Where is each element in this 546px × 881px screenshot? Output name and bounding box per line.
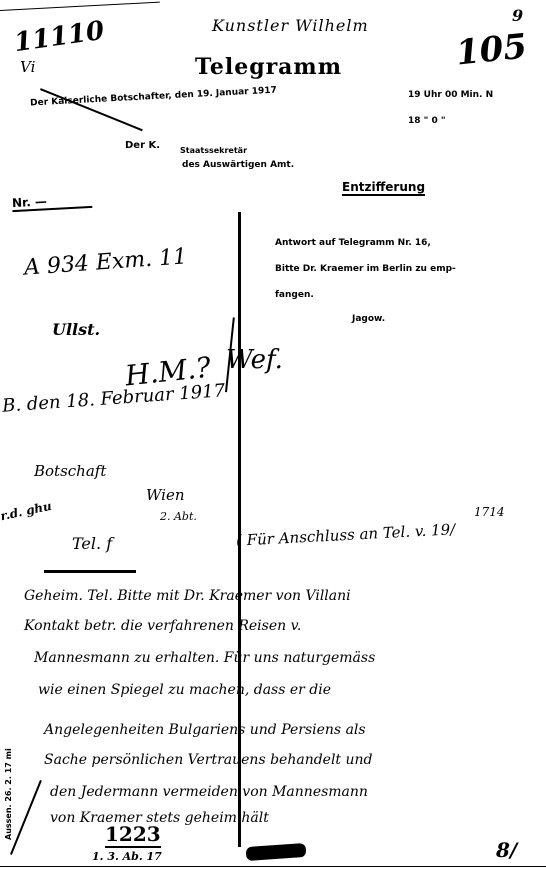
time-line-2: 18 " 0 ": [408, 116, 446, 126]
nr-value: —: [35, 194, 48, 209]
reference-code: A 934 Exm. 11: [23, 244, 188, 280]
reference-sub: Ullst.: [52, 320, 100, 339]
botschaft-note: Botschaft: [34, 462, 106, 480]
addressee-line-2: Staatssekretär: [180, 146, 247, 155]
top-right-superscript: 9: [512, 6, 523, 25]
date-note: B. den 18. Februar 1917: [2, 380, 226, 417]
typed-signature: Jagow.: [352, 314, 385, 324]
tel-note: Tel. f: [72, 534, 112, 553]
wien-note: Wien: [146, 486, 185, 504]
typed-body-line-3: fangen.: [275, 290, 314, 300]
bottom-right-mark: 8/: [496, 838, 517, 862]
origin-line: Der Kaiserliche Botschafter, den 19. Jan…: [30, 86, 277, 109]
ink-blot: [246, 843, 307, 861]
right-note-number: 1714: [474, 505, 505, 519]
body-line-2: Kontakt betr. die verfahrenen Reisen v.: [24, 618, 301, 634]
left-diagonal-stroke: [10, 780, 42, 855]
left-vertical-margin: Aussen. 26. 2. 17 mi: [4, 748, 13, 840]
time-line-1: 19 Uhr 00 Min. N: [408, 90, 493, 100]
top-left-number: 11110: [12, 16, 106, 58]
body-line-3: Mannesmann zu erhalten. Für uns naturgem…: [34, 650, 375, 666]
top-edge-line: [0, 2, 160, 11]
decryption-heading: Entzifferung: [342, 180, 425, 196]
nr-label: Nr.: [12, 195, 32, 210]
body-line-5: Angelegenheiten Bulgariens und Persiens …: [44, 722, 366, 738]
bottom-edge-line: [0, 866, 546, 867]
body-line-4: wie einen Spiegel zu machen, dass er die: [38, 682, 331, 698]
signature-scrawl-2: Wef.: [226, 345, 283, 375]
typed-body-line-2: Bitte Dr. Kraemer im Berlin zu emp-: [275, 264, 456, 274]
stamp-number: 1223: [105, 822, 161, 848]
wien-sub: 2. Abt.: [160, 510, 197, 523]
top-right-number: 105: [454, 26, 529, 73]
body-line-1: Geheim. Tel. Bitte mit Dr. Kraemer von V…: [24, 588, 351, 604]
handwritten-header: Kunstler Wilhelm: [212, 16, 369, 35]
addressee-line-3: des Auswärtigen Amt.: [182, 160, 294, 170]
nr-field: Nr. —: [12, 192, 93, 212]
left-margin-mark: r.d. ghu: [0, 499, 53, 524]
addressee-line-1: Der K.: [125, 140, 160, 151]
body-line-7: den Jedermann vermeiden von Mannesmann: [50, 784, 368, 800]
tel-underline: [44, 570, 136, 573]
typed-body-line-1: Antwort auf Telegramm Nr. 16,: [275, 238, 431, 248]
top-left-initials: Vi: [20, 58, 35, 76]
body-line-6: Sache persönlichen Vertrauens behandelt …: [44, 752, 373, 768]
telegram-title: Telegramm: [195, 54, 342, 80]
stamp-sub: 1. 3. Ab. 17: [92, 850, 162, 863]
right-note: ( Für Anschluss an Tel. v. 19/: [236, 520, 456, 549]
